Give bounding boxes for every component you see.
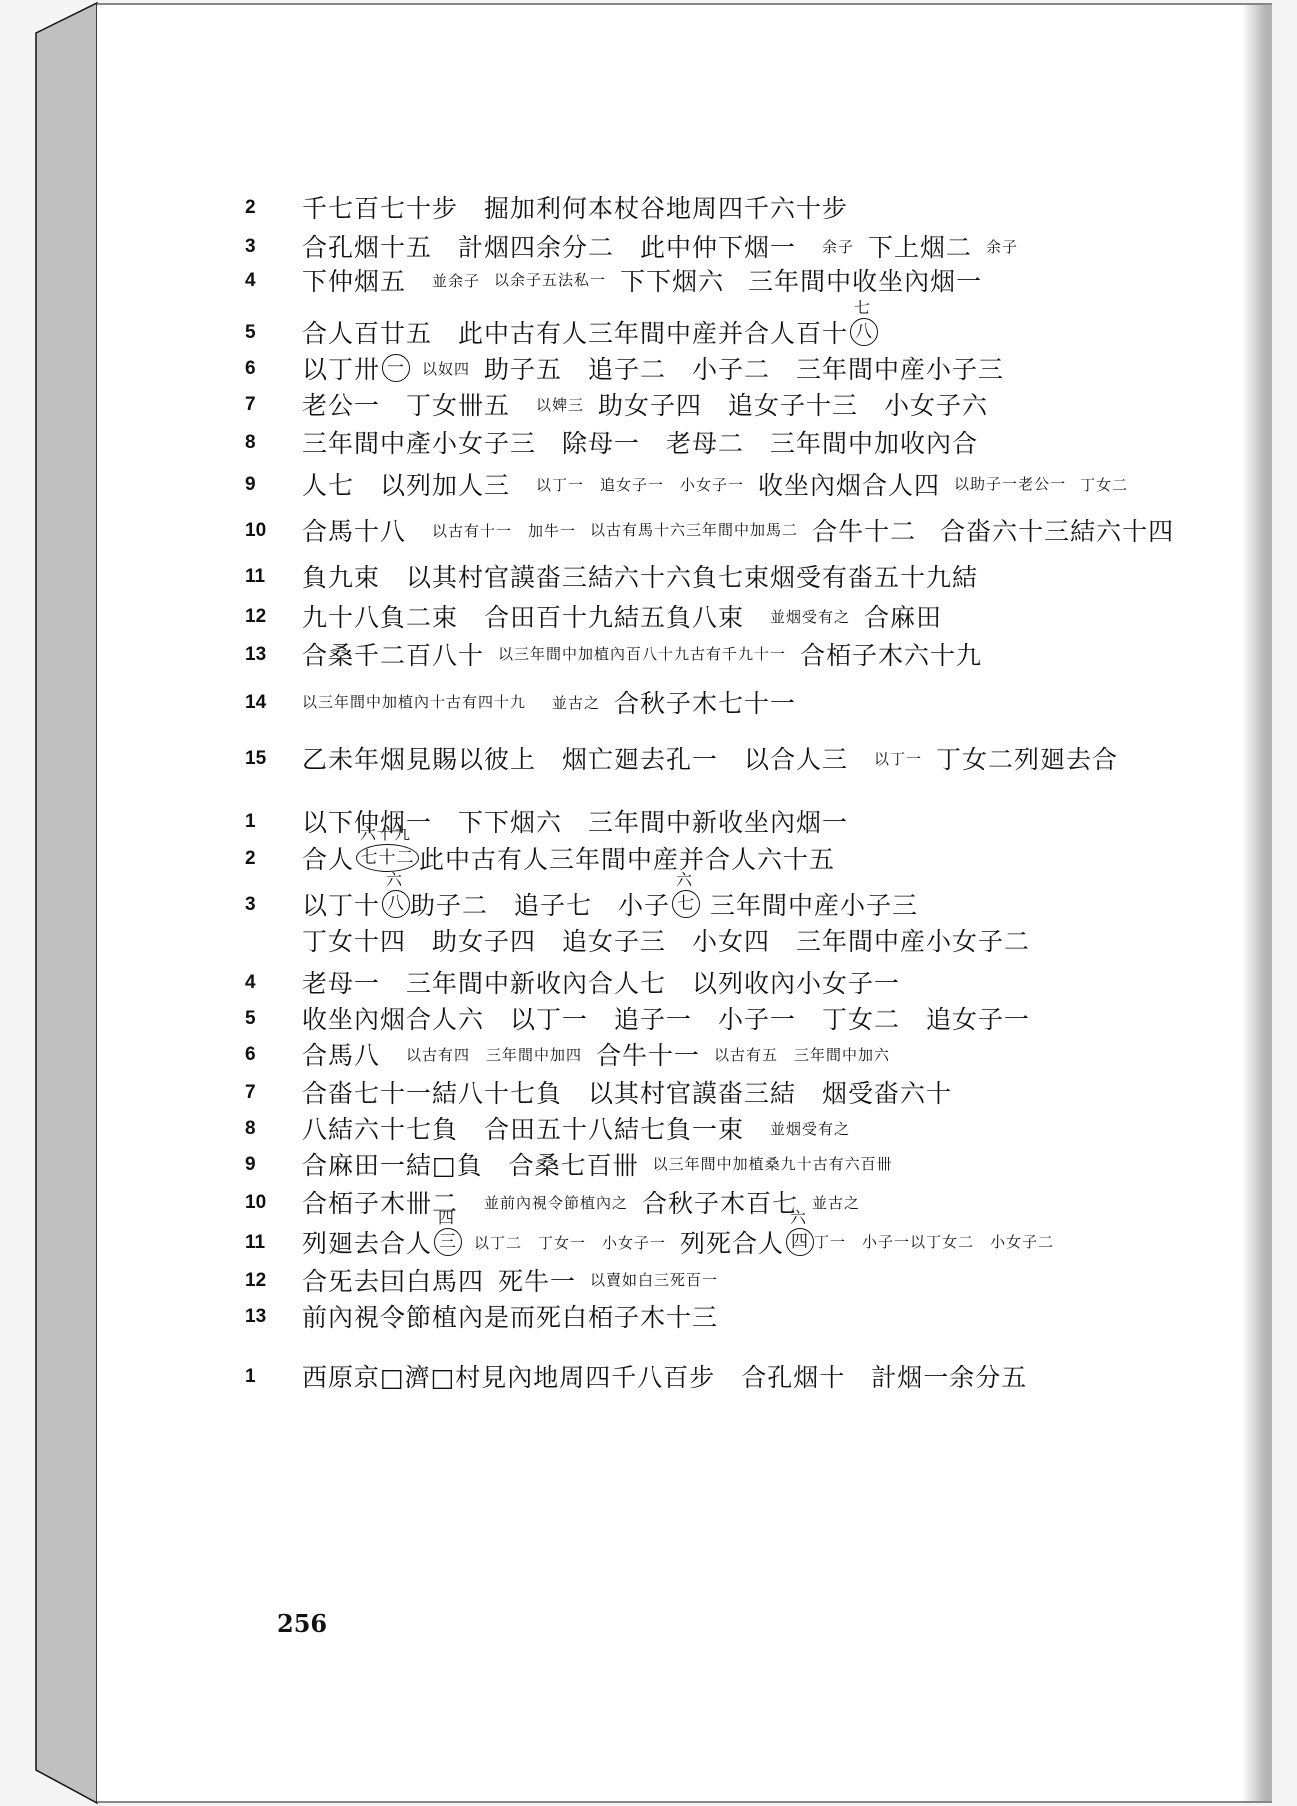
overwritten-number: 七 [854,295,871,321]
annotation-note: 余子 [822,236,854,257]
line-text: 千七百七十步 掘加利何本杖谷地周四千六十步 [302,189,862,225]
line-number: 6 [245,1044,285,1066]
note-line: 老公一 [1018,475,1066,493]
annotation-note: 以丁二 丁女一 小女子一 [474,1232,666,1253]
stacked-note: 以古有馬十六三年間中加馬二 [590,522,798,538]
note-line: 以三年間中加植內十 [302,693,446,711]
line-number: 9 [245,1154,285,1176]
note-line: 以賣如白三 [590,1271,670,1289]
text-segment: 列死合人 [680,1224,784,1260]
annotation-note: 並古之 [812,1192,860,1213]
line-text: 九十八負二束 合田百十九結五負八束並烟受有之合麻田 [302,598,956,634]
line-text: 老母一 三年間中新收內合人七 以列收內小女子一 [302,964,914,1000]
circled-correction: 八六 [382,890,410,918]
line-text: 以丁十八六助子二 追子七 小子七六三年間中産小子三 [302,886,932,922]
annotation-note: 以古有十一 加牛一 [432,520,576,541]
overwritten-number: 四 [438,1205,455,1231]
annotation-note: 以古有五 三年間中加六 [714,1044,890,1065]
text-segment: 老母一 三年間中新收內合人七 以列收內小女子一 [302,964,900,1000]
text-segment: 收坐內烟合人四 [758,466,940,502]
stacked-note: 以三年間中加植內十古有四十九 [302,694,526,710]
note-line: 以古有馬十六 [590,521,686,539]
line-number: 5 [245,322,285,344]
annotation-note: 並古之 [552,692,600,713]
line-number: 12 [245,1270,285,1292]
annotation-note: 並烟受有之 [770,606,850,627]
line-text: 合栢子木卌二並前內視令節植內之合秋子木百七並古之 [302,1184,874,1220]
note-line: 法私一 [558,271,606,289]
text-segment: 此中古有人三年間中産并合人六十五 [419,840,835,876]
note-line: 以助子一 [954,475,1018,493]
annotation-note: 余子 [986,236,1018,257]
text-segment: 合麻田一結□負 合桑七百卌 [302,1146,639,1182]
text-segment: 死牛一 [498,1262,576,1298]
text-segment: 列廻去合人 [302,1224,432,1260]
annotation-note: 以婢三 [536,394,584,415]
note-line: 古有四十九 [446,693,526,711]
note-line: 死百一 [670,1271,718,1289]
line-number: 8 [245,432,285,454]
annotation-note: 並烟受有之 [770,1118,850,1139]
line-number: 1 [245,811,285,833]
text-segment: 老公一 丁女卌五 [302,386,510,422]
text-segment: 八結六十七負 合田五十八結七負一束 [302,1110,744,1146]
text-segment: 前內視令節植內是而死白栢子木十三 [302,1298,718,1334]
line-text: 以丁卅一以奴四助子五 追子二 小子二 三年間中産小子三 [302,350,1018,386]
text-segment: 合人百廿五 此中古有人三年間中産并合人百十 [302,314,848,350]
text-segment: 丁女十四 助女子四 追女子三 小女四 三年間中産小女子二 [302,922,1030,958]
line-number: 11 [245,1232,285,1254]
circled-correction: 一 [382,354,410,382]
line-text: 下仲烟五並余子以余子五法私一下下烟六三年間中收坐內烟一 [302,262,996,298]
line-text: 合孔烟十五 計烟四余分二 此中仲下烟一余子下上烟二余子 [302,228,1032,264]
text-segment: 下下烟六 [620,262,724,298]
text-segment: 合馬十八 [302,512,406,548]
text-segment: 合牛十一 [596,1036,700,1072]
annotation-note: 並余子 [432,270,480,291]
line-number: 3 [245,894,285,916]
stacked-note: 以助子一老公一 [954,476,1066,492]
note-line: 古有千九十一 [690,645,786,663]
text-segment: 合旡去囙白馬四 [302,1262,484,1298]
line-text: 三年間中產小女子三 除母一 老母二 三年間中加收內合 [302,424,992,460]
text-segment: 合栢子木六十九 [800,636,982,672]
text-segment: 合牛十二 [812,512,916,548]
line-number: 11 [245,566,285,588]
circled-correction: 四六 [786,1228,814,1256]
text-segment: 合畓六十三結六十四 [940,512,1174,548]
text-segment: 三年間中收坐內烟一 [748,262,982,298]
line-text: 丁女十四 助女子四 追女子三 小女四 三年間中産小女子二 [302,922,1044,958]
line-number: 14 [245,692,285,714]
stacked-note: 以余子五法私一 [494,272,606,288]
text-segment: 以丁十 [302,886,380,922]
line-text: 合人七十二六十九此中古有人三年間中産并合人六十五 [302,840,849,876]
overwritten-number: 六 [676,867,693,893]
overwritten-number: 六 [386,867,403,893]
text-segment: 人七 以列加人三 [302,466,510,502]
line-number: 2 [245,848,285,870]
line-number: 6 [245,358,285,380]
line-number: 2 [245,197,285,219]
text-segment: 下仲烟五 [302,262,406,298]
note-line: 以丁女二 小女子二 [910,1233,1054,1251]
annotation-note: 以丁一 追女子一 小女子一 [536,474,744,495]
text-segment: 合畓七十一結八十七負 以其村官謨畓三結 烟受畓六十 [302,1074,952,1110]
line-number: 1 [245,1366,285,1388]
note-line: 以余子五 [494,271,558,289]
line-text: 八結六十七負 合田五十八結七負一束並烟受有之 [302,1110,864,1146]
text-segment: 以丁卅 [302,350,380,386]
text-segment: 負九束 以其村官謨畓三結六十六負七束烟受有畓五十九結 [302,558,978,594]
note-line: 古有六百卌 [813,1155,893,1173]
text-segment: 合秋子木七十一 [614,684,796,720]
text-segment: 合孔烟十五 計烟四余分二 此中仲下烟一 [302,228,796,264]
line-text: 合旡去囙白馬四死牛一以賣如白三死百一 [302,1262,732,1298]
text-segment: 助子五 追子二 小子二 三年間中産小子三 [484,350,1004,386]
text-segment: 收坐內烟合人六 以丁一 追子一 小子一 丁女二 追女子一 [302,1000,1030,1036]
text-segment: 合秋子木百七 [642,1184,798,1220]
line-text: 收坐內烟合人六 以丁一 追子一 小子一 丁女二 追女子一 [302,1000,1044,1036]
line-text: 西原京□濟□村見內地周四千八百步 合孔烟十 計烟一余分五 [302,1358,1041,1394]
line-number: 10 [245,520,285,542]
annotation-note: 以奴四 [422,358,470,379]
line-number: 9 [245,474,285,496]
line-number: 13 [245,1306,285,1328]
stacked-note: 以賣如白三死百一 [590,1272,718,1288]
text-segment: 三年間中產小女子三 除母一 老母二 三年間中加收內合 [302,424,978,460]
line-text: 前內視令節植內是而死白栢子木十三 [302,1298,732,1334]
text-segment: 丁女二列廻去合 [936,740,1118,776]
line-text: 列廻去合人三四以丁二 丁女一 小女子一列死合人四六丁一 小子一以丁女二 小女子二 [302,1224,1068,1260]
line-text: 合人百廿五 此中古有人三年間中産并合人百十八七 [302,314,878,350]
annotation-note: 以丁一 [874,748,922,769]
line-number: 10 [245,1192,285,1214]
line-number: 15 [245,748,285,770]
stacked-note: 丁一 小子一以丁女二 小女子二 [814,1234,1054,1250]
line-text: 負九束 以其村官謨畓三結六十六負七束烟受有畓五十九結 [302,558,992,594]
text-segment: 三年間中産小子三 [710,886,918,922]
line-text: 合桑千二百八十以三年間中加植內百八十九古有千九十一合栢子木六十九 [302,636,996,672]
note-line: 以三年間中加植內百八十九 [498,645,690,663]
text-segment: 合栢子木卌二 [302,1184,458,1220]
overwritten-number: 六十九 [360,821,411,847]
line-number: 4 [245,972,285,994]
text-segment: 助子二 追子七 小子 [410,886,670,922]
text-segment: 下上烟二 [868,228,972,264]
text-segment: 西原京□濟□村見內地周四千八百步 合孔烟十 計烟一余分五 [302,1358,1027,1394]
text-segment: 合馬八 [302,1036,380,1072]
line-number: 5 [245,1008,285,1030]
page-number: 256 [277,1609,327,1638]
stacked-note: 以三年間中加植桑九十古有六百卌 [653,1156,893,1172]
line-number: 7 [245,394,285,416]
stacked-note: 以三年間中加植內百八十九古有千九十一 [498,646,786,662]
line-text: 以三年間中加植內十古有四十九並古之合秋子木七十一 [302,684,810,720]
line-number: 13 [245,644,285,666]
line-text: 合畓七十一結八十七負 以其村官謨畓三結 烟受畓六十 [302,1074,966,1110]
text-segment: 乙未年烟見賜以彼上 烟亡廻去孔一 以合人三 [302,740,848,776]
line-text: 合馬八以古有四 三年間中加四合牛十一以古有五 三年間中加六 [302,1036,904,1072]
text-segment: 合麻田 [864,598,942,634]
annotation-note: 以古有四 三年間中加四 [406,1044,582,1065]
note-line: 三年間中加馬二 [686,521,798,539]
line-number: 7 [245,1082,285,1104]
line-text: 老公一 丁女卌五以婢三助女子四 追女子十三 小女子六 [302,386,1002,422]
note-line: 以三年間中加植桑九十 [653,1155,813,1173]
page-edge-shadow [1242,5,1272,1801]
note-line: 丁一 小子一 [814,1233,910,1251]
text-segment: 九十八負二束 合田百十九結五負八束 [302,598,744,634]
line-text: 合馬十八以古有十一 加牛一以古有馬十六三年間中加馬二合牛十二合畓六十三結六十四 [302,512,1188,548]
text-segment: 千七百七十步 掘加利何本杖谷地周四千六十步 [302,189,848,225]
circled-correction: 三四 [434,1228,462,1256]
text-segment: 助女子四 追女子十三 小女子六 [598,386,988,422]
text-segment: 合人 [302,840,354,876]
line-number: 3 [245,236,285,258]
line-text: 合麻田一結□負 合桑七百卌以三年間中加植桑九十古有六百卌 [302,1146,907,1182]
circled-correction: 八七 [850,318,878,346]
annotation-note: 丁女二 [1080,474,1128,495]
book-page: 2千七百七十步 掘加利何本杖谷地周四千六十步3合孔烟十五 計烟四余分二 此中仲下… [97,3,1272,1803]
annotation-note: 並前內視令節植內之 [484,1192,628,1213]
overwritten-number: 六 [790,1205,807,1231]
text-segment: 合桑千二百八十 [302,636,484,672]
line-number: 8 [245,1118,285,1140]
line-text: 乙未年烟見賜以彼上 烟亡廻去孔一 以合人三以丁一丁女二列廻去合 [302,740,1132,776]
line-text: 人七 以列加人三以丁一 追女子一 小女子一收坐內烟合人四以助子一老公一丁女二 [302,466,1142,502]
circled-correction: 七六 [672,890,700,918]
line-number: 12 [245,606,285,628]
line-number: 4 [245,270,285,292]
